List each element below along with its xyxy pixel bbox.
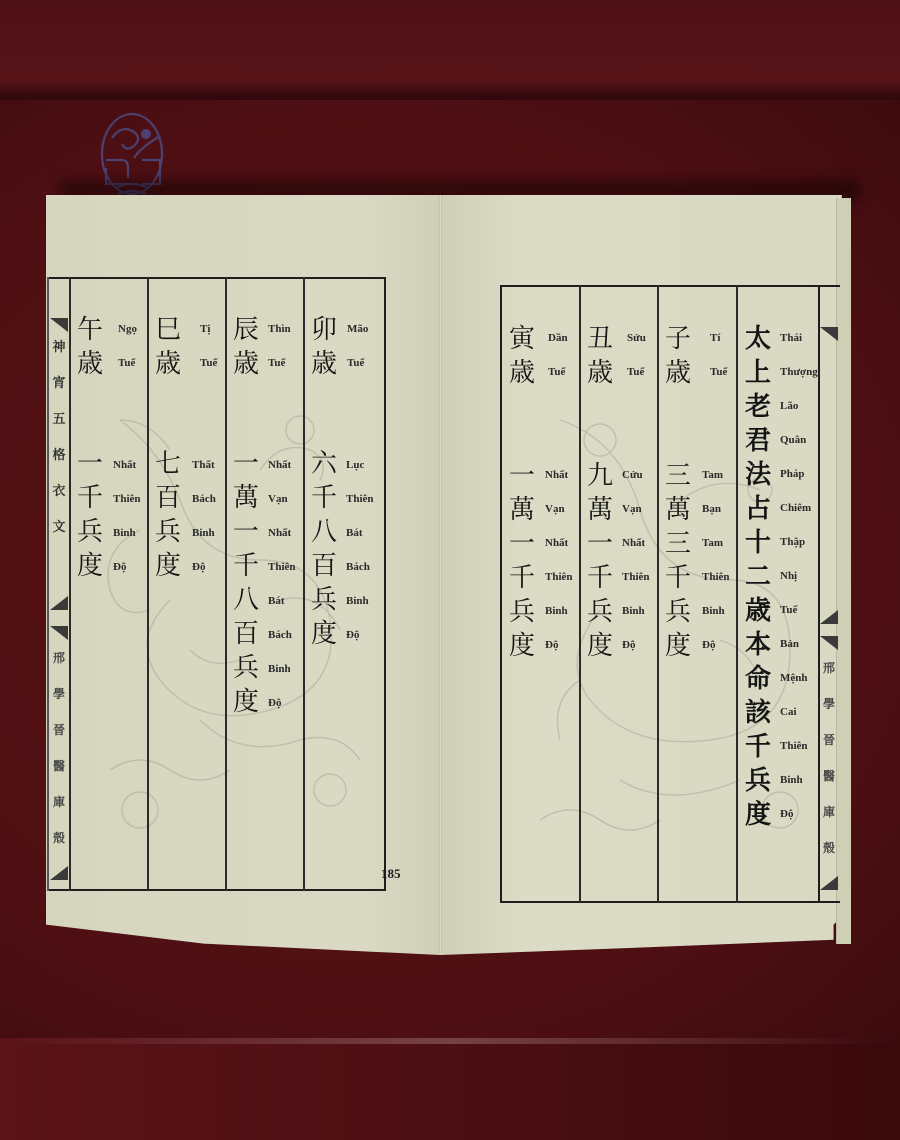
column-thin-body: 一 萬 一 千 八 百 兵 度 bbox=[230, 448, 262, 720]
left-table-divider bbox=[303, 277, 305, 891]
column-ti-rat-body: 三 萬 三 千 兵 度 bbox=[662, 460, 694, 664]
background-bottom bbox=[0, 1038, 900, 1140]
right-spine-top-rule bbox=[818, 285, 840, 287]
fishtail-mid-down-icon bbox=[820, 636, 838, 650]
title-column-viet: Thái Thượng Lão Quân Pháp Chiêm Thập Nhị… bbox=[780, 321, 818, 831]
column-thin-body-viet: Nhất Vạn Nhất Thiên Bát Bách Binh Độ bbox=[268, 448, 296, 720]
column-mao-header: 卯 歳 bbox=[308, 314, 340, 382]
left-table-divider bbox=[147, 277, 149, 891]
column-ti-rat-header-viet: Tí Tuế bbox=[710, 321, 727, 389]
left-spine-publisher: 邢 學 晉 醫 庫 殼 bbox=[49, 640, 69, 856]
column-ngo-header-viet: Ngọ Tuế bbox=[118, 312, 137, 380]
column-suu-body: 九 萬 一 千 兵 度 bbox=[584, 460, 616, 664]
left-spine-title: 神 宵 五 格 衣 文 bbox=[49, 330, 69, 546]
fishtail-mid-up-icon bbox=[820, 610, 838, 624]
background-top bbox=[0, 0, 900, 100]
right-table-divider bbox=[657, 285, 659, 903]
right-spine-bottom-rule bbox=[818, 901, 840, 903]
column-ti-header-viet: Tị Tuế bbox=[200, 312, 217, 380]
column-thin-header: 辰 歳 bbox=[230, 314, 262, 382]
fishtail-mid-down-icon bbox=[50, 626, 68, 640]
fishtail-mid-up-icon bbox=[50, 596, 68, 610]
column-ti-header: 巳 歳 bbox=[152, 314, 184, 382]
book-gutter bbox=[439, 195, 442, 955]
page-number: 185 bbox=[381, 866, 401, 882]
column-dan-header: 寅 歳 bbox=[506, 323, 538, 391]
fishtail-top-icon bbox=[820, 327, 838, 341]
left-table-divider bbox=[225, 277, 227, 891]
fishtail-bottom-icon bbox=[50, 866, 68, 880]
column-dan-body-viet: Nhất Vạn Nhất Thiên Binh Độ bbox=[545, 458, 573, 662]
column-suu-header: 丑 歳 bbox=[584, 323, 616, 391]
right-spine-publisher: 邢 學 晉 醫 庫 殼 bbox=[819, 650, 839, 866]
column-ngo-header: 午 歳 bbox=[74, 314, 106, 382]
column-suu-body-viet: Cửu Vạn Nhất Thiên Binh Độ bbox=[622, 458, 650, 662]
column-ngo-body: 一 千 兵 度 bbox=[74, 448, 106, 584]
column-dan-body: 一 萬 一 千 兵 度 bbox=[506, 460, 538, 664]
column-ti-body: 七 百 兵 度 bbox=[152, 448, 184, 584]
column-mao-body-viet: Lục Thiên Bát Bách Binh Độ bbox=[346, 448, 374, 652]
column-mao-header-viet: Mão Tuế bbox=[347, 312, 368, 380]
left-table-divider bbox=[69, 277, 71, 891]
column-thin-header-viet: Thìn Tuế bbox=[268, 312, 291, 380]
column-ti-body-viet: Thất Bách Binh Độ bbox=[192, 448, 216, 584]
column-ngo-body-viet: Nhất Thiên Binh Độ bbox=[113, 448, 141, 584]
fishtail-bottom-icon bbox=[820, 876, 838, 890]
column-suu-header-viet: Sửu Tuế bbox=[627, 321, 646, 389]
title-column: 太 上 老 君 法 占 十 二 歳 本 命 該 千 兵 度 bbox=[742, 323, 774, 833]
column-dan-header-viet: Dần Tuế bbox=[548, 321, 568, 389]
column-mao-body: 六 千 八 百 兵 度 bbox=[308, 448, 340, 652]
column-ti-rat-body-viet: Tam Bạn Tam Thiên Binh Độ bbox=[702, 458, 730, 662]
right-table-divider bbox=[736, 285, 738, 903]
right-table-divider bbox=[579, 285, 581, 903]
column-ti-rat-header: 子 歳 bbox=[662, 323, 694, 391]
